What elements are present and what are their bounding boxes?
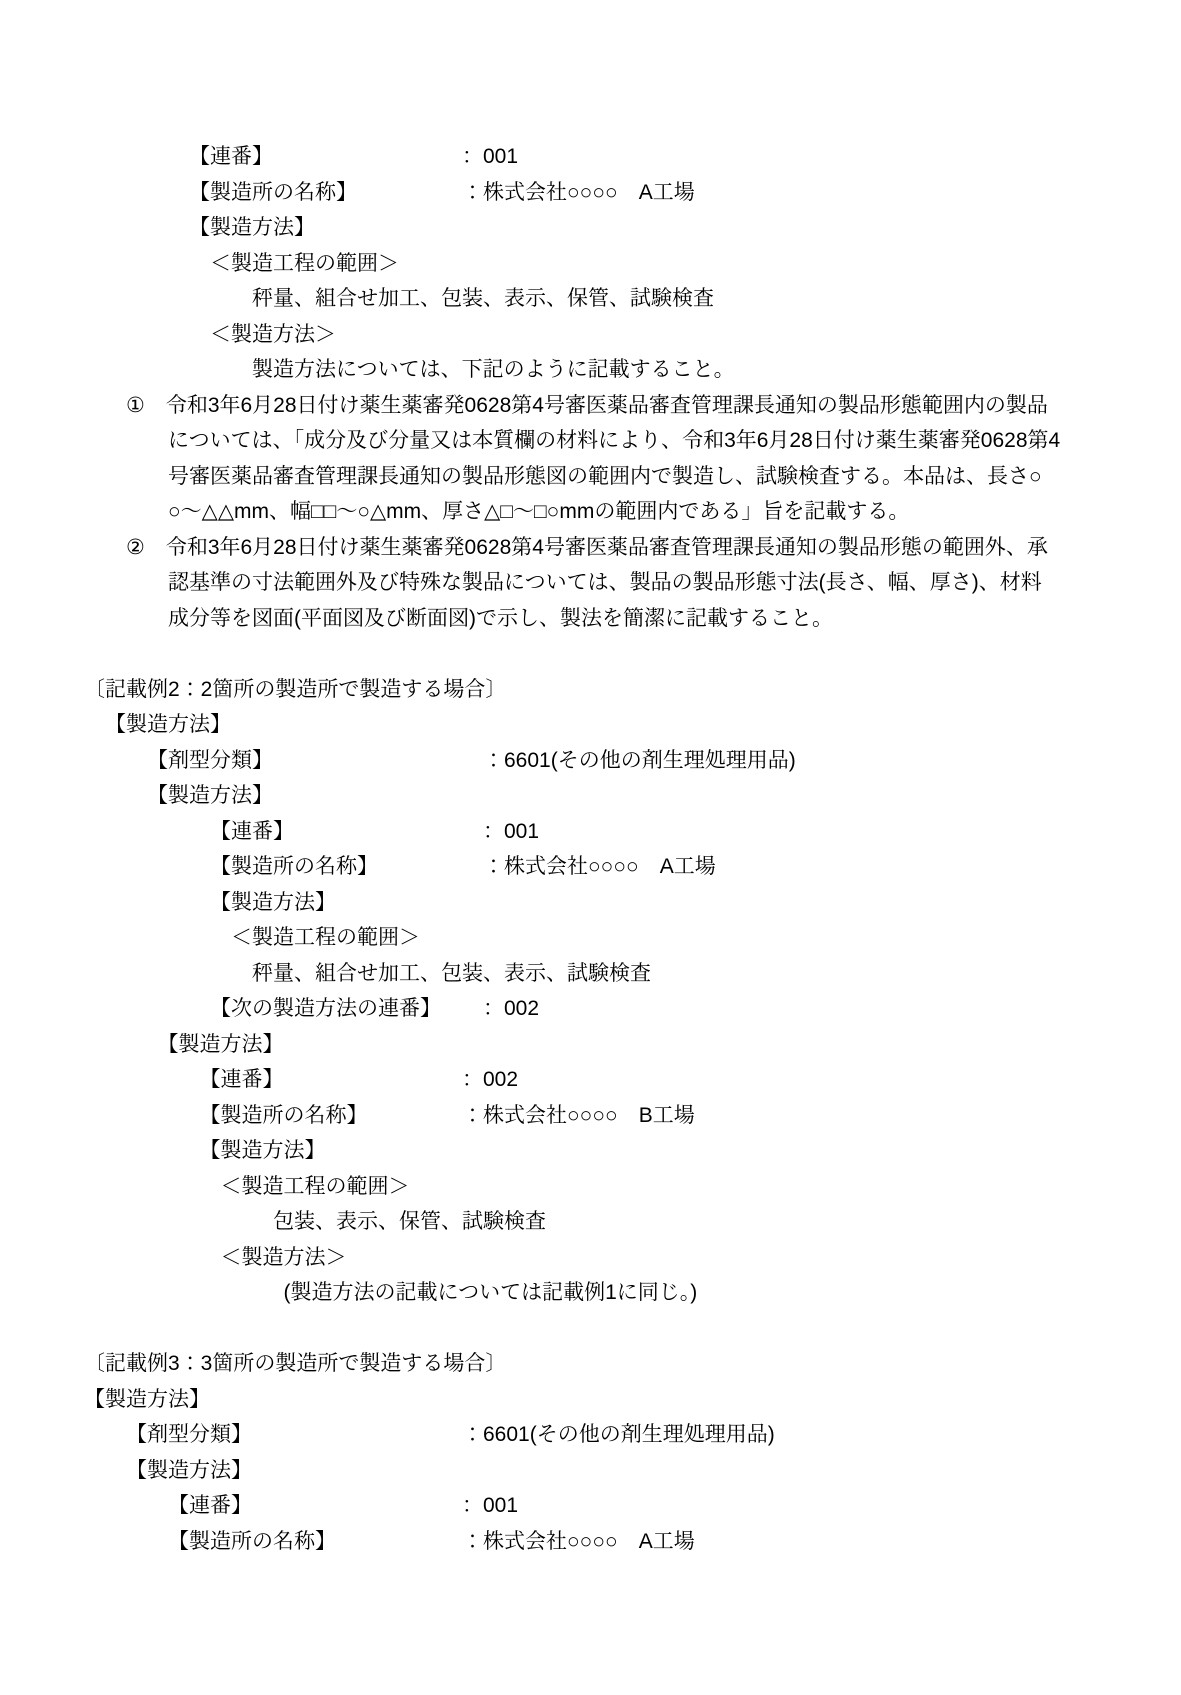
doc-line: 【連番】：001 [0, 1488, 1181, 1524]
line-text: ② 令和3年6月28日付け薬生薬審発0628第4号審医薬品審査管理課長通知の製品… [126, 536, 1048, 559]
doc-line: 包装、表示、保管、試験検査 [0, 1204, 1181, 1240]
doc-line: 【製造方法】 [0, 1133, 1181, 1169]
line-text: 号審医薬品審査管理課長通知の製品形態図の範囲内で製造し、試験検査する。本品は、長… [168, 465, 1042, 488]
line-text: 【連番】 [210, 820, 294, 843]
doc-line: ＜製造方法＞ [0, 317, 1181, 353]
line-text: ＜製造方法＞ [210, 323, 336, 346]
line-text: 【製造方法】 [105, 713, 231, 736]
line-text: 【次の製造方法の連番】 [210, 997, 441, 1020]
line-text: 【連番】 [168, 1494, 252, 1517]
doc-line: 成分等を図面(平面図及び断面図)で示し、製法を簡潔に記載すること。 [0, 601, 1181, 637]
line-text: 〔記載例2：2箇所の製造所で製造する場合〕 [84, 678, 506, 701]
line-value: ：株式会社○○○○ A工場 [483, 849, 716, 885]
line-text: 【製造方法】 [189, 216, 315, 239]
line-text: 【製造所の名称】 [168, 1530, 336, 1553]
line-text: 【製造方法】 [126, 1459, 252, 1482]
doc-line: ○～△△mm、幅□□～○△mm、厚さ△□～□○mmの範囲内である」旨を記載する。 [0, 494, 1181, 530]
line-text: ＜製造工程の範囲＞ [210, 252, 399, 275]
doc-line: 【連番】：002 [0, 1062, 1181, 1098]
doc-line: 【次の製造方法の連番】：002 [0, 991, 1181, 1027]
line-text: 【製造所の名称】 [200, 1104, 368, 1127]
doc-line: 【製造方法】 [0, 210, 1181, 246]
line-value: ：6601(その他の剤生理処理用品) [462, 1417, 775, 1453]
doc-line: ＜製造工程の範囲＞ [0, 1169, 1181, 1205]
doc-line: 秤量、組合せ加工、包装、表示、保管、試験検査 [0, 281, 1181, 317]
line-text: 【製造方法】 [210, 891, 336, 914]
doc-line: ＜製造工程の範囲＞ [0, 920, 1181, 956]
doc-line: ② 令和3年6月28日付け薬生薬審発0628第4号審医薬品審査管理課長通知の製品… [0, 530, 1181, 566]
line-text: 【製造方法】 [147, 784, 273, 807]
doc-line: については、「成分及び分量又は本質欄の材料により、令和3年6月28日付け薬生薬審… [0, 423, 1181, 459]
line-text: 包装、表示、保管、試験検査 [273, 1210, 546, 1233]
line-text: 【製造方法】 [158, 1033, 284, 1056]
line-text: 【連番】 [189, 145, 273, 168]
line-text: 製造方法については、下記のように記載すること。 [252, 358, 735, 381]
doc-line: 〔記載例2：2箇所の製造所で製造する場合〕 [0, 672, 1181, 708]
line-value: ：株式会社○○○○ A工場 [462, 175, 695, 211]
doc-line: 認基準の寸法範囲外及び特殊な製品については、製品の製品形態寸法(長さ、幅、厚さ)… [0, 565, 1181, 601]
doc-line: ① 令和3年6月28日付け薬生薬審発0628第4号審医薬品審査管理課長通知の製品… [0, 388, 1181, 424]
line-text: 【製造方法】 [84, 1388, 210, 1411]
document-page: { "page": { "background": "#ffffff", "te… [0, 0, 1181, 1695]
line-text: 秤量、組合せ加工、包装、表示、試験検査 [252, 962, 651, 985]
line-text: については、「成分及び分量又は本質欄の材料により、令和3年6月28日付け薬生薬審… [168, 429, 1060, 452]
line-text: ＜製造工程の範囲＞ [231, 926, 420, 949]
doc-line: 【連番】：001 [0, 139, 1181, 175]
line-value: ：002 [462, 1062, 518, 1098]
doc-line: (製造方法の記載については記載例1に同じ。) [0, 1275, 1181, 1311]
doc-line: 【剤型分類】：6601(その他の剤生理処理用品) [0, 743, 1181, 779]
doc-line: 【剤型分類】：6601(その他の剤生理処理用品) [0, 1417, 1181, 1453]
doc-line: 【製造方法】 [0, 1453, 1181, 1489]
line-text: ① 令和3年6月28日付け薬生薬審発0628第4号審医薬品審査管理課長通知の製品… [126, 394, 1048, 417]
line-text: 【製造方法】 [200, 1139, 326, 1162]
doc-line: 【連番】：001 [0, 814, 1181, 850]
line-text: 認基準の寸法範囲外及び特殊な製品については、製品の製品形態寸法(長さ、幅、厚さ)… [168, 571, 1042, 594]
doc-line: 【製造方法】 [0, 1027, 1181, 1063]
line-value: ：002 [483, 991, 539, 1027]
line-text: 〔記載例3：3箇所の製造所で製造する場合〕 [84, 1352, 506, 1375]
line-text: 【製造所の名称】 [189, 181, 357, 204]
doc-line: ＜製造方法＞ [0, 1240, 1181, 1276]
doc-line: 【製造所の名称】：株式会社○○○○ A工場 [0, 1524, 1181, 1560]
line-text: ＜製造方法＞ [221, 1246, 347, 1269]
line-text: 【連番】 [200, 1068, 284, 1091]
blank-line [0, 636, 1181, 672]
blank-line [0, 1311, 1181, 1347]
doc-line: 秤量、組合せ加工、包装、表示、試験検査 [0, 956, 1181, 992]
line-text: 【製造所の名称】 [210, 855, 378, 878]
doc-line: ＜製造工程の範囲＞ [0, 246, 1181, 282]
line-text: 【剤型分類】 [147, 749, 273, 772]
doc-line: 【製造所の名称】：株式会社○○○○ B工場 [0, 1098, 1181, 1134]
line-text: 秤量、組合せ加工、包装、表示、保管、試験検査 [252, 287, 714, 310]
doc-line: 【製造方法】 [0, 885, 1181, 921]
doc-line: 【製造方法】 [0, 778, 1181, 814]
doc-line: 製造方法については、下記のように記載すること。 [0, 352, 1181, 388]
line-text: 成分等を図面(平面図及び断面図)で示し、製法を簡潔に記載すること。 [168, 607, 833, 630]
doc-line: 【製造方法】 [0, 1382, 1181, 1418]
line-value: ：001 [462, 1488, 518, 1524]
doc-line: 【製造所の名称】：株式会社○○○○ A工場 [0, 175, 1181, 211]
document-body: 【連番】：001【製造所の名称】：株式会社○○○○ A工場【製造方法】＜製造工程… [0, 0, 1181, 1559]
line-text: (製造方法の記載については記載例1に同じ。) [284, 1281, 698, 1304]
line-text: ○～△△mm、幅□□～○△mm、厚さ△□～□○mmの範囲内である」旨を記載する。 [168, 500, 909, 523]
doc-line: 【製造所の名称】：株式会社○○○○ A工場 [0, 849, 1181, 885]
line-value: ：6601(その他の剤生理処理用品) [483, 743, 796, 779]
line-text: 【剤型分類】 [126, 1423, 252, 1446]
line-value: ：株式会社○○○○ B工場 [462, 1098, 695, 1134]
doc-line: 号審医薬品審査管理課長通知の製品形態図の範囲内で製造し、試験検査する。本品は、長… [0, 459, 1181, 495]
line-value: ：001 [483, 814, 539, 850]
doc-line: 【製造方法】 [0, 707, 1181, 743]
line-text: ＜製造工程の範囲＞ [221, 1175, 410, 1198]
line-value: ：株式会社○○○○ A工場 [462, 1524, 695, 1560]
doc-line: 〔記載例3：3箇所の製造所で製造する場合〕 [0, 1346, 1181, 1382]
line-value: ：001 [462, 139, 518, 175]
